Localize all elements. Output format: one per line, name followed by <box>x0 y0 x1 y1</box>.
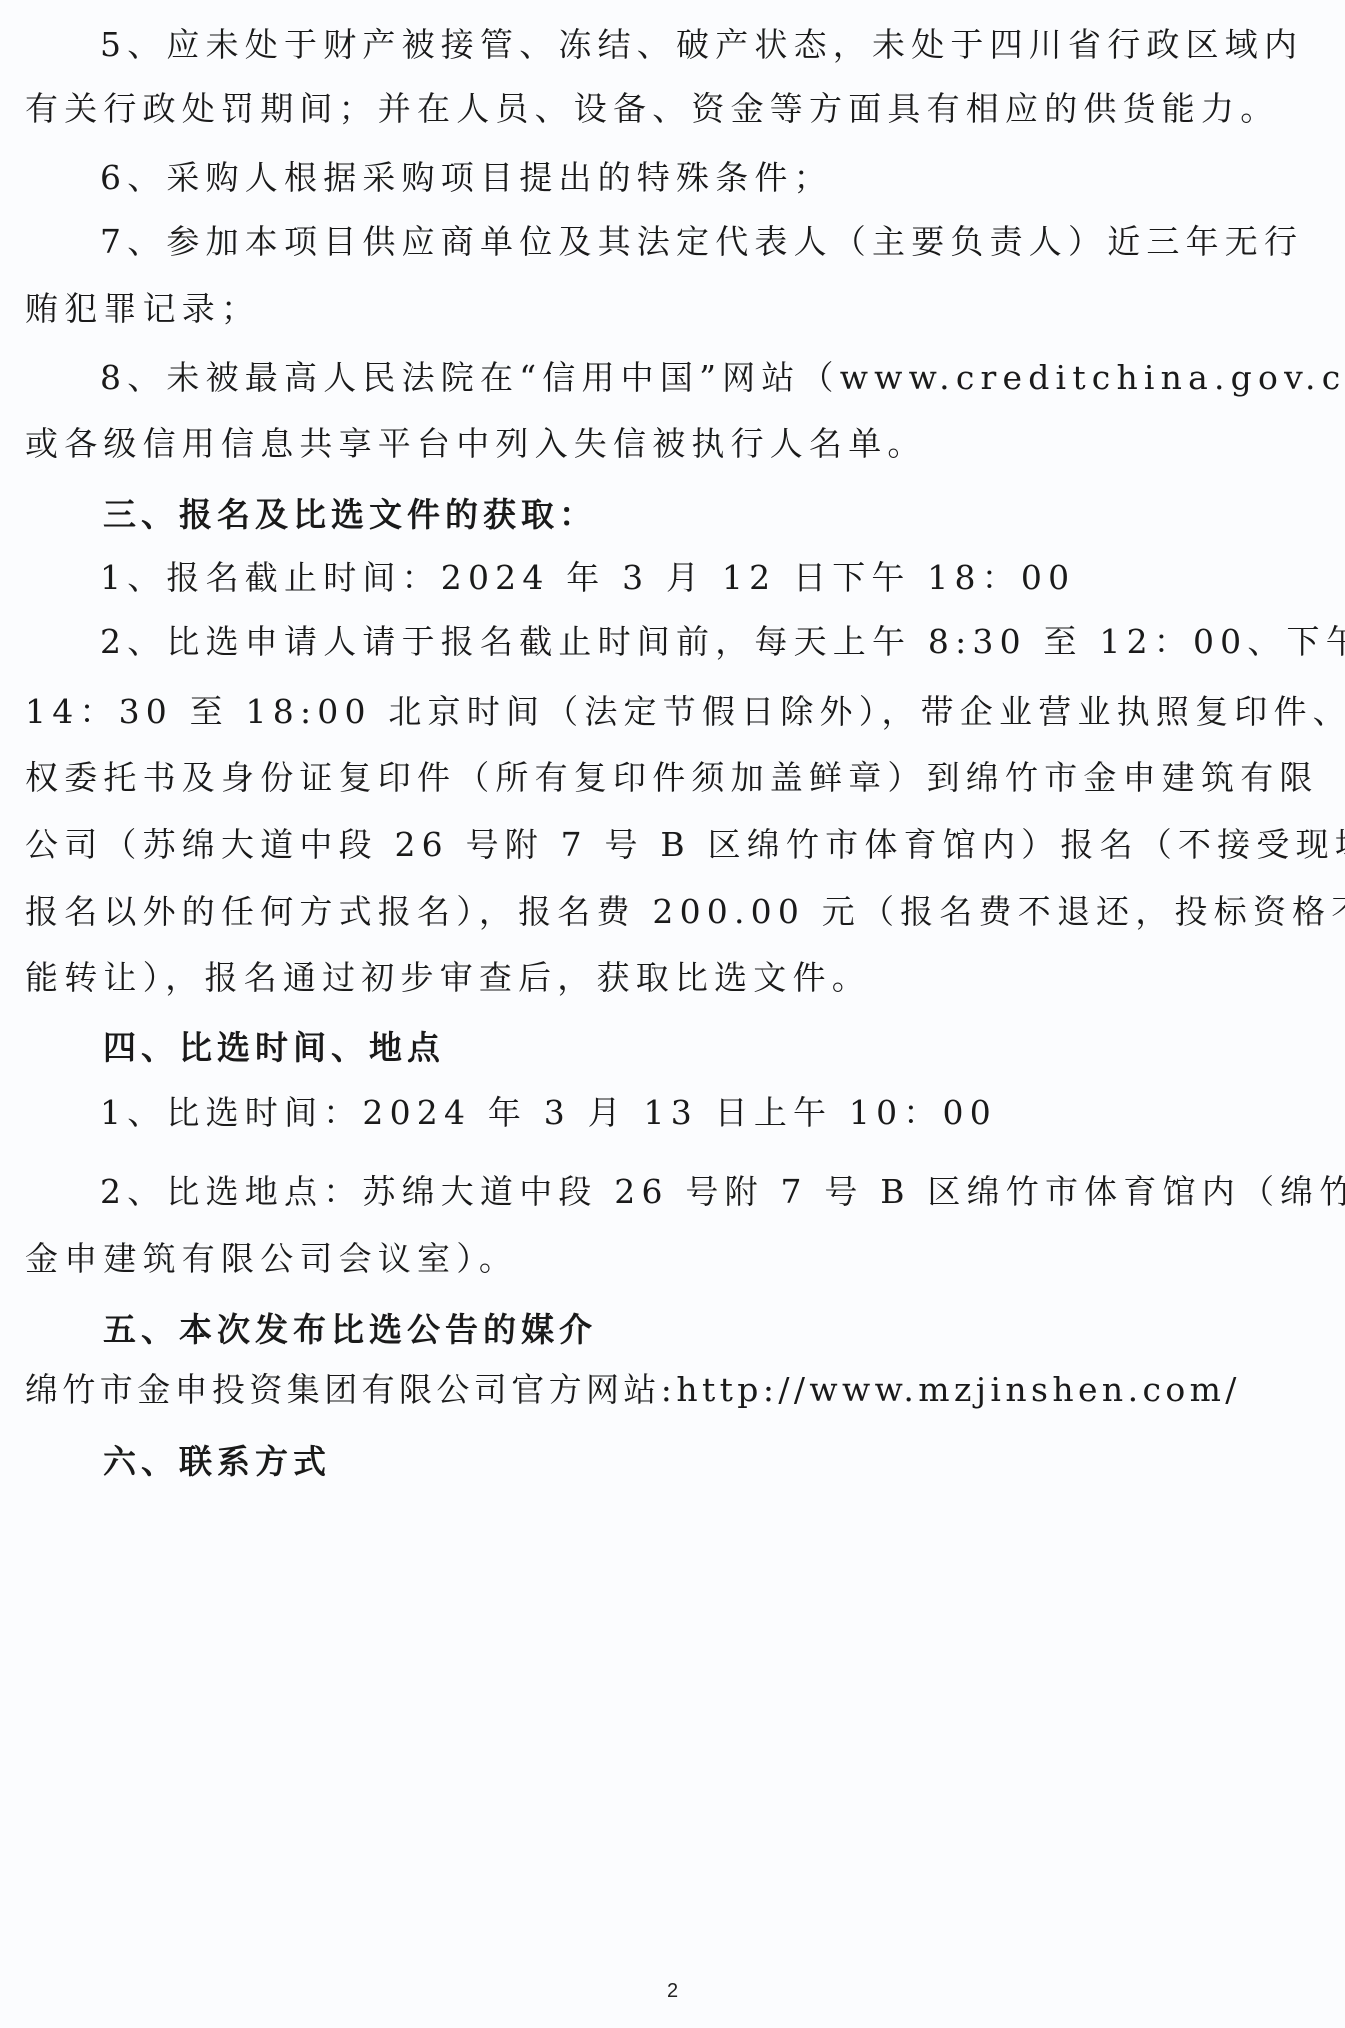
page-number: 2 <box>0 1980 1345 2003</box>
section-4-item-2-line-2: 金申建筑有限公司会议室）。 <box>25 1239 518 1279</box>
section-3-item-2-line-4: 公司（苏绵大道中段 26 号附 7 号 B 区绵竹市体育馆内）报名（不接受现场 <box>25 825 1345 865</box>
media-website-text: 绵竹市金申投资集团有限公司官方网站:http://www.mzjinshen.c… <box>25 1370 1241 1410</box>
section-6-heading: 六、联系方式 <box>103 1442 331 1482</box>
section-3-item-2-line-5: 报名以外的任何方式报名），报名费 200.00 元（报名费不退还，投标资格不 <box>25 892 1345 932</box>
item-6-line-1: 6、采购人根据采购项目提出的特殊条件； <box>100 158 833 198</box>
document-page: 5、应未处于财产被接管、冻结、破产状态，未处于四川省行政区域内 有关行政处罚期间… <box>0 0 1345 2028</box>
item-8-line-2: 或各级信用信息共享平台中列入失信被执行人名单。 <box>25 424 927 464</box>
item-5-line-1: 5、应未处于财产被接管、冻结、破产状态，未处于四川省行政区域内 <box>100 25 1303 65</box>
section-3-item-2-line-2: 14：30 至 18:00 北京时间（法定节假日除外），带企业营业执照复印件、授 <box>25 692 1345 732</box>
section-4-item-2-line-1: 2、比选地点：苏绵大道中段 26 号附 7 号 B 区绵竹市体育馆内（绵竹市 <box>100 1172 1345 1212</box>
section-3-heading: 三、报名及比选文件的获取： <box>103 495 597 535</box>
section-3-item-2-line-1: 2、比选申请人请于报名截止时间前，每天上午 8:30 至 12：00、下午 <box>100 622 1345 662</box>
section-3-item-2-line-6: 能转让），报名通过初步审查后，获取比选文件。 <box>25 958 871 998</box>
item-7-line-2: 贿犯罪记录； <box>25 289 260 329</box>
item-5-line-2: 有关行政处罚期间；并在人员、设备、资金等方面具有相应的供货能力。 <box>25 89 1279 129</box>
section-4-heading: 四、比选时间、地点 <box>103 1028 445 1068</box>
item-8-line-1: 8、未被最高人民法院在“信用中国”网站（www.creditchina.gov.… <box>100 358 1345 398</box>
section-3-item-2-line-3: 权委托书及身份证复印件（所有复印件须加盖鲜章）到绵竹市金申建筑有限 <box>25 758 1319 798</box>
section-5-heading: 五、本次发布比选公告的媒介 <box>103 1310 597 1350</box>
item-7-line-1: 7、参加本项目供应商单位及其法定代表人（主要负责人）近三年无行 <box>100 222 1303 262</box>
section-3-item-1: 1、报名截止时间：2024 年 3 月 12 日下午 18：00 <box>100 558 1075 598</box>
section-4-item-1: 1、比选时间：2024 年 3 月 13 日上午 10：00 <box>100 1093 997 1133</box>
